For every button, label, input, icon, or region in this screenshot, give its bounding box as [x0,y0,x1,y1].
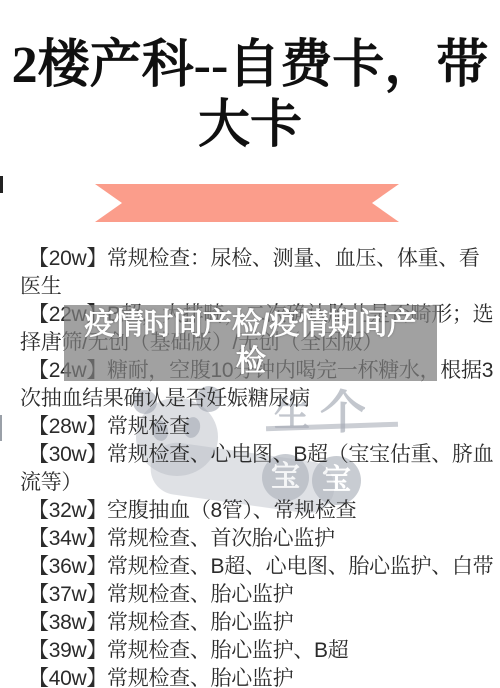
checkup-description: 常规检查、胎心监护 [107,583,293,606]
page-title: 2楼产科--自费卡，带大卡 [0,36,500,156]
checkup-description: 空腹抽血（8管）、常规检查 [107,499,356,522]
checkup-description: 常规检查、胎心监护、B超 [107,639,348,662]
checkup-item: 【20w】常规检查：尿检、测量、血压、体重、看医生 [20,245,496,301]
week-label: 【34w】 [28,527,107,550]
week-label: 【30w】 [28,443,107,466]
week-label: 【32w】 [28,499,107,522]
checkup-description: 常规检查、首次胎心监护 [107,527,335,550]
week-label: 【36w】 [28,555,107,578]
checkup-description: 常规检查 [107,415,190,438]
checkup-item: 【40w】常规检查、胎心监护 [20,665,496,688]
checkup-description: 常规检查、B超、心电图、胎心监护、白带 [107,555,493,578]
checkup-item: 【30w】常规检查、心电图、B超（宝宝估重、脐血流等） [20,441,496,497]
checkup-item: 【36w】常规检查、B超、心电图、胎心监护、白带 [20,553,496,581]
checkup-item: 【37w】常规检查、胎心监护 [20,581,496,609]
week-label: 【38w】 [28,611,107,634]
checkup-description: 常规检查、胎心监护 [107,667,293,688]
week-label: 【20w】 [28,247,107,270]
left-edge-artifact [0,176,3,193]
week-label: 【39w】 [28,639,107,662]
checkup-item: 【39w】常规检查、胎心监护、B超 [20,637,496,665]
checkup-item: 【32w】空腹抽血（8管）、常规检查 [20,497,496,525]
week-label: 【40w】 [28,667,107,688]
checkup-item: 【38w】常规检查、胎心监护 [20,609,496,637]
checkup-item: 【28w】常规检查 [20,413,496,441]
checkup-item: 【34w】常规检查、首次胎心监护 [20,525,496,553]
covid-watermark-overlay: 疫情时间产检/疫情期间产检 [64,305,437,381]
checkup-description: 常规检查、胎心监护 [107,611,293,634]
week-label: 【28w】 [28,415,107,438]
covid-watermark-text: 疫情时间产检/疫情期间产检 [73,306,429,380]
week-label: 【37w】 [28,583,107,606]
page-root: 2楼产科--自费卡，带大卡 生 个 宝 宝 【20w】常规检查：尿检、测量、血压… [0,0,500,688]
left-edge-artifact [0,415,2,441]
ribbon-banner [95,184,399,222]
